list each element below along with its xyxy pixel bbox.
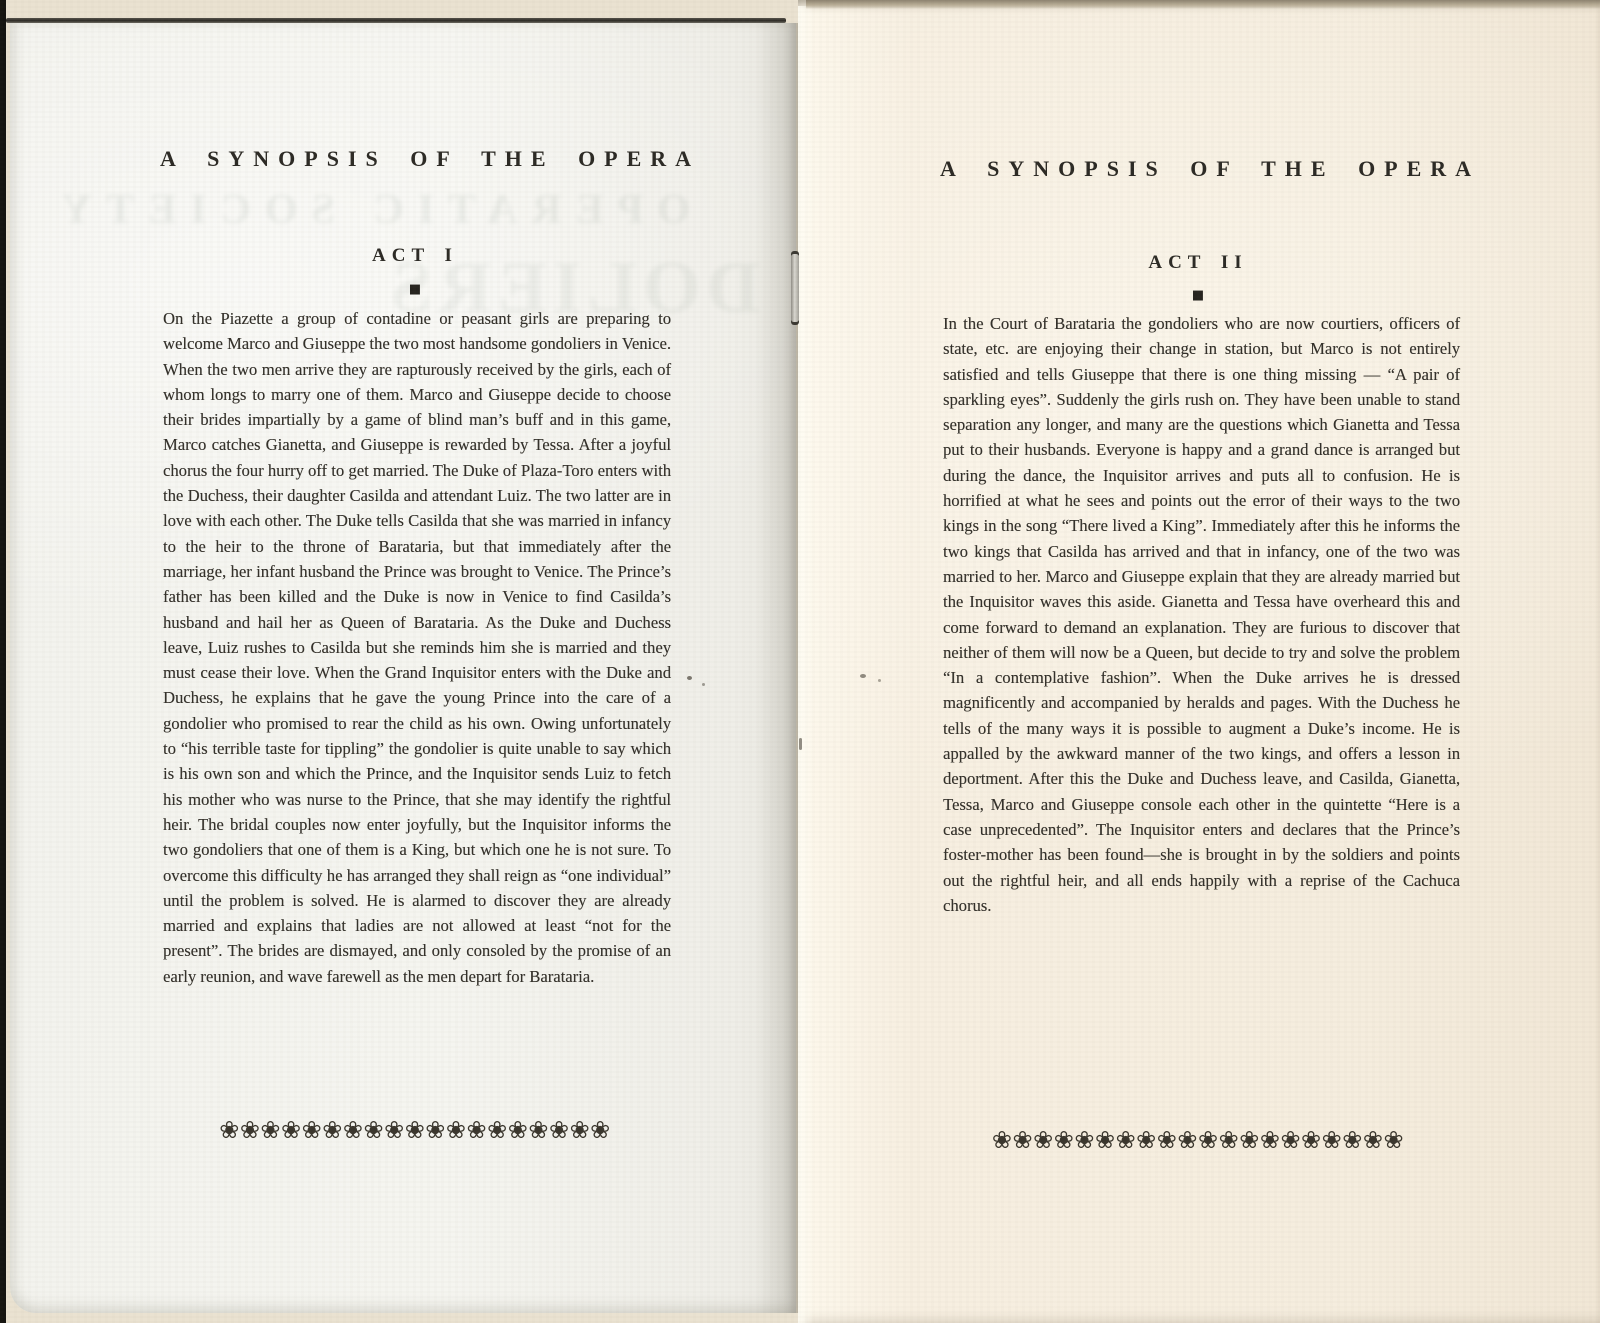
gutter-fold-shadow: [756, 23, 798, 1313]
right-act-square-ornament: ■: [940, 288, 1456, 303]
left-act-heading: ACT I: [160, 245, 670, 267]
scanned-programme-spread: OPERATIC SOCIETY DOLIERS A SYNOPSIS OF T…: [0, 0, 1600, 1323]
left-page-title: A SYNOPSIS OF THE OPERA: [160, 146, 670, 172]
ink-speck: [878, 679, 881, 682]
ink-speck: [1305, 424, 1309, 428]
ink-mark: [799, 738, 802, 750]
saddle-staple: [791, 254, 799, 322]
right-act-heading: ACT II: [940, 252, 1456, 274]
left-act-square-ornament: ■: [160, 282, 670, 297]
right-flower-ornament-row: ❀❀❀❀❀❀❀❀❀❀❀❀❀❀❀❀❀❀❀❀: [938, 1126, 1458, 1154]
left-page-top-edge-rule: [6, 18, 786, 23]
ink-speck: [702, 683, 705, 686]
ink-speck: [860, 674, 866, 678]
right-page-torn-top-edge: [806, 0, 1600, 9]
right-page-fold-highlight: [798, 6, 814, 1323]
left-synopsis-text: On the Piazette a group of contadine or …: [163, 306, 671, 989]
right-page-title: A SYNOPSIS OF THE OPERA: [940, 156, 1456, 182]
right-synopsis-text: In the Court of Barataria the gondoliers…: [943, 311, 1460, 918]
left-flower-ornament-row: ❀❀❀❀❀❀❀❀❀❀❀❀❀❀❀❀❀❀❀: [160, 1116, 670, 1144]
ink-speck: [687, 676, 692, 680]
